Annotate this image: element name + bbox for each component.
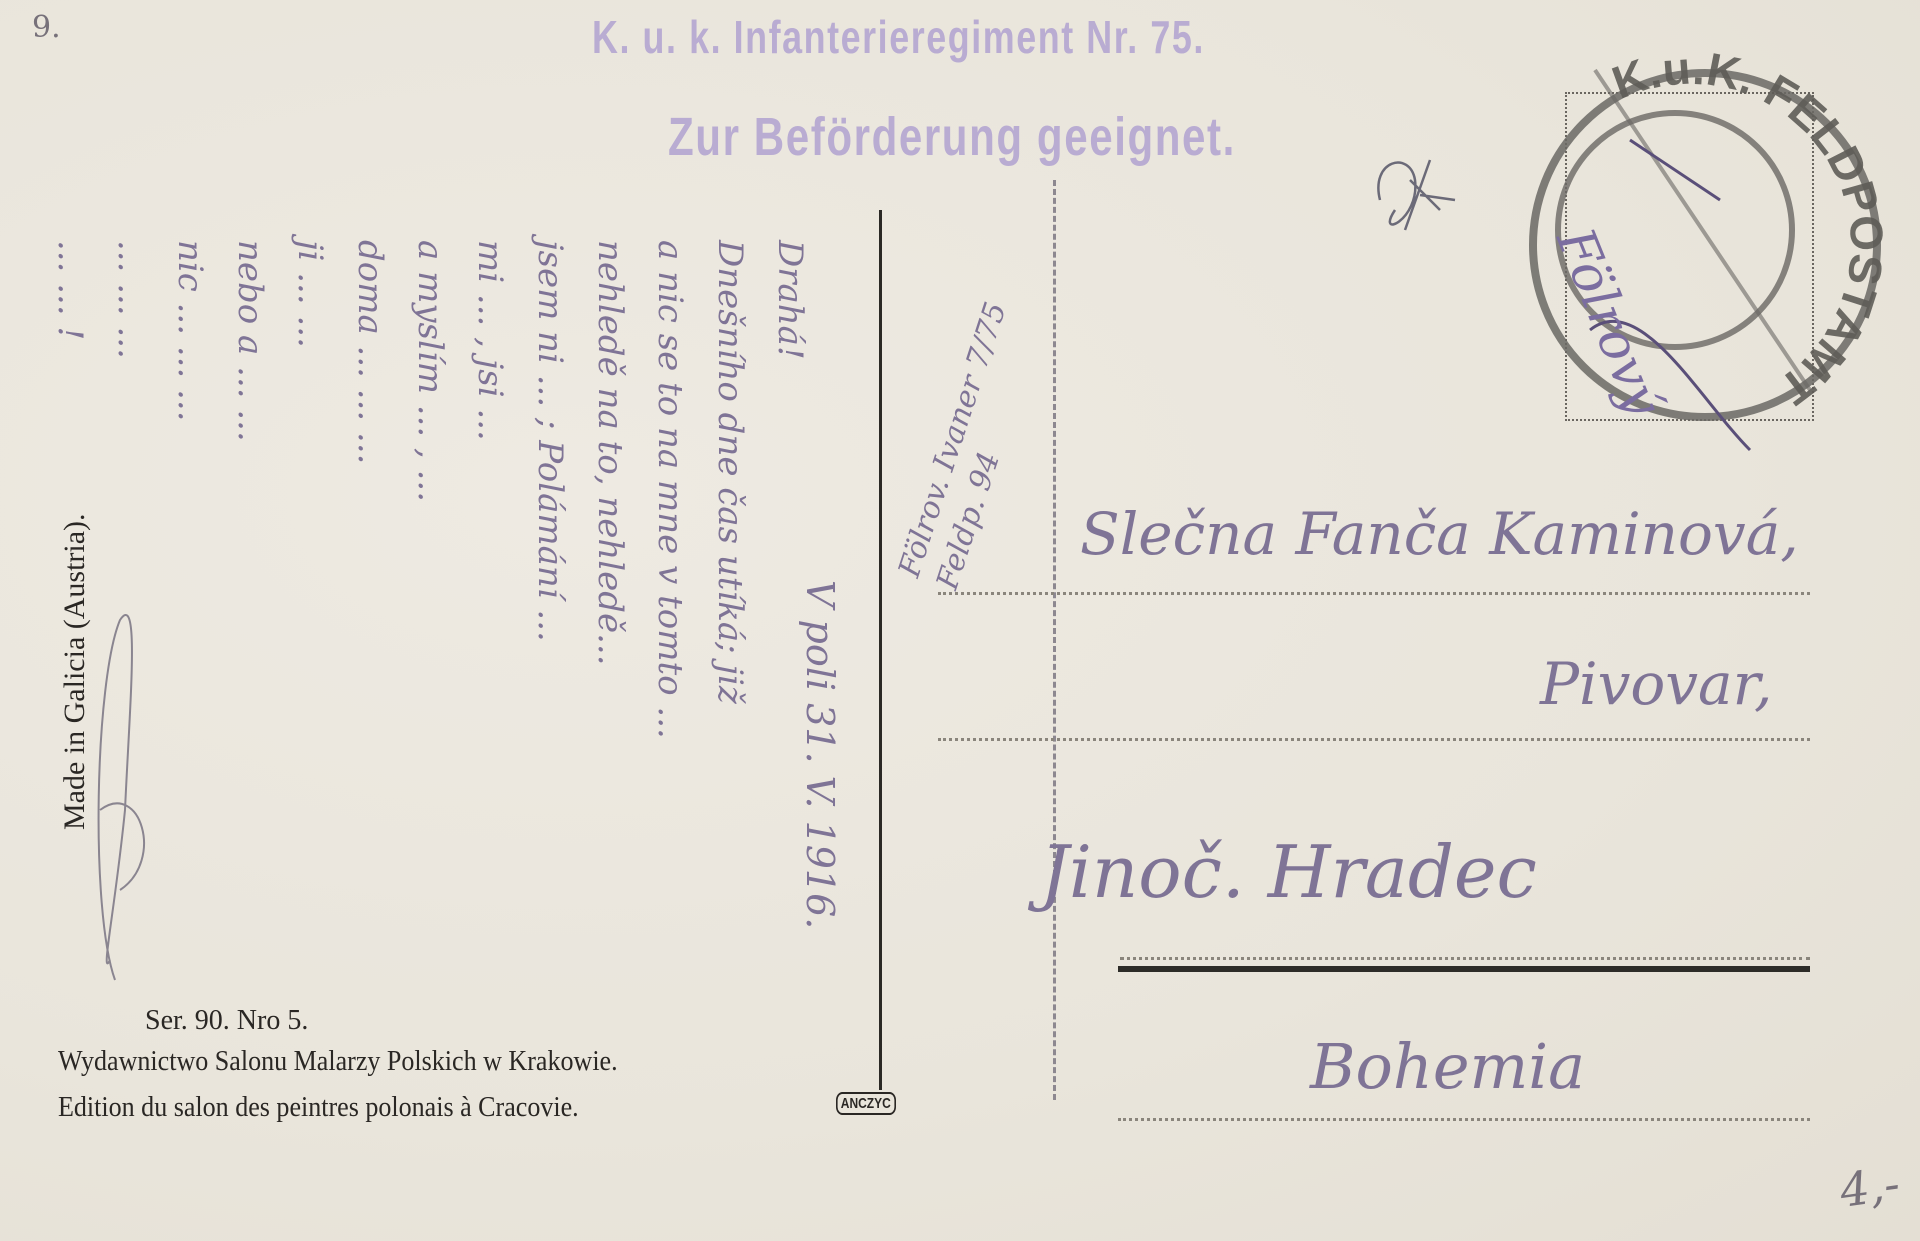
censor-stamp-line1: K. u. k. Infanterieregiment Nr. 75. bbox=[592, 10, 1205, 64]
message-line: jsem ni ... ; Polámání ... bbox=[520, 240, 580, 739]
message-line: ... ... ! bbox=[40, 240, 100, 739]
printer-mark-anczyc: ANCZYC bbox=[836, 1092, 896, 1115]
address-line4: Bohemia bbox=[1310, 1030, 1585, 1103]
corner-number: 9. bbox=[32, 10, 61, 45]
address-line3: Jinoč. Hradec bbox=[1040, 830, 1537, 914]
publisher-french: Edition du salon des peintres polonais à… bbox=[58, 1092, 579, 1124]
message-line: nic ... ... ... bbox=[160, 240, 220, 739]
message-date: V poli 31. V. 1916. bbox=[798, 580, 842, 929]
censor-initial-mark bbox=[1360, 140, 1470, 250]
message-line: a myslím ... , ... bbox=[400, 240, 460, 739]
series-number: Ser. 90. Nro 5. bbox=[145, 1005, 308, 1037]
censor-stamp-line2: Zur Beförderung geeignet. bbox=[668, 106, 1236, 168]
dashed-divider bbox=[1053, 180, 1056, 1100]
message-line: ji ... ... bbox=[280, 240, 340, 739]
message-line: nebo a ... ... bbox=[220, 240, 280, 739]
message-line: nehledě na to, nehledě... bbox=[580, 240, 640, 739]
message-line: Dnešního dne čas utíká; již bbox=[700, 240, 760, 739]
center-divider bbox=[879, 210, 882, 1090]
address-line2: Pivovar, bbox=[1540, 650, 1772, 718]
address-rule-3 bbox=[1120, 957, 1810, 960]
sender-address: Fölrov. Ivaner 7/75 Feldp. 94 bbox=[890, 247, 1071, 595]
message-line: ... ... ... bbox=[100, 240, 160, 739]
postcard-back: 9. K. u. k. Infanterieregiment Nr. 75. Z… bbox=[0, 0, 1920, 1241]
message-line: doma ... ... ... bbox=[340, 240, 400, 739]
message-line: a nic se to na mne v tomto ... bbox=[640, 240, 700, 739]
message-block: Drahá! Dnešního dne čas utíká; již a nic… bbox=[40, 240, 820, 739]
message-line: mi ... , jsi ... bbox=[460, 240, 520, 739]
publisher-polish: Wydawnictwo Salonu Malarzy Polskich w Kr… bbox=[58, 1046, 618, 1078]
address-rule-2 bbox=[938, 738, 1810, 741]
address-underline-bold bbox=[1118, 966, 1810, 972]
pencil-price: 4,- bbox=[1837, 1156, 1903, 1218]
address-line1: Slečna Fanča Kaminová, bbox=[1080, 500, 1799, 568]
address-rule-1 bbox=[938, 592, 1810, 595]
address-rule-4 bbox=[1118, 1118, 1810, 1121]
